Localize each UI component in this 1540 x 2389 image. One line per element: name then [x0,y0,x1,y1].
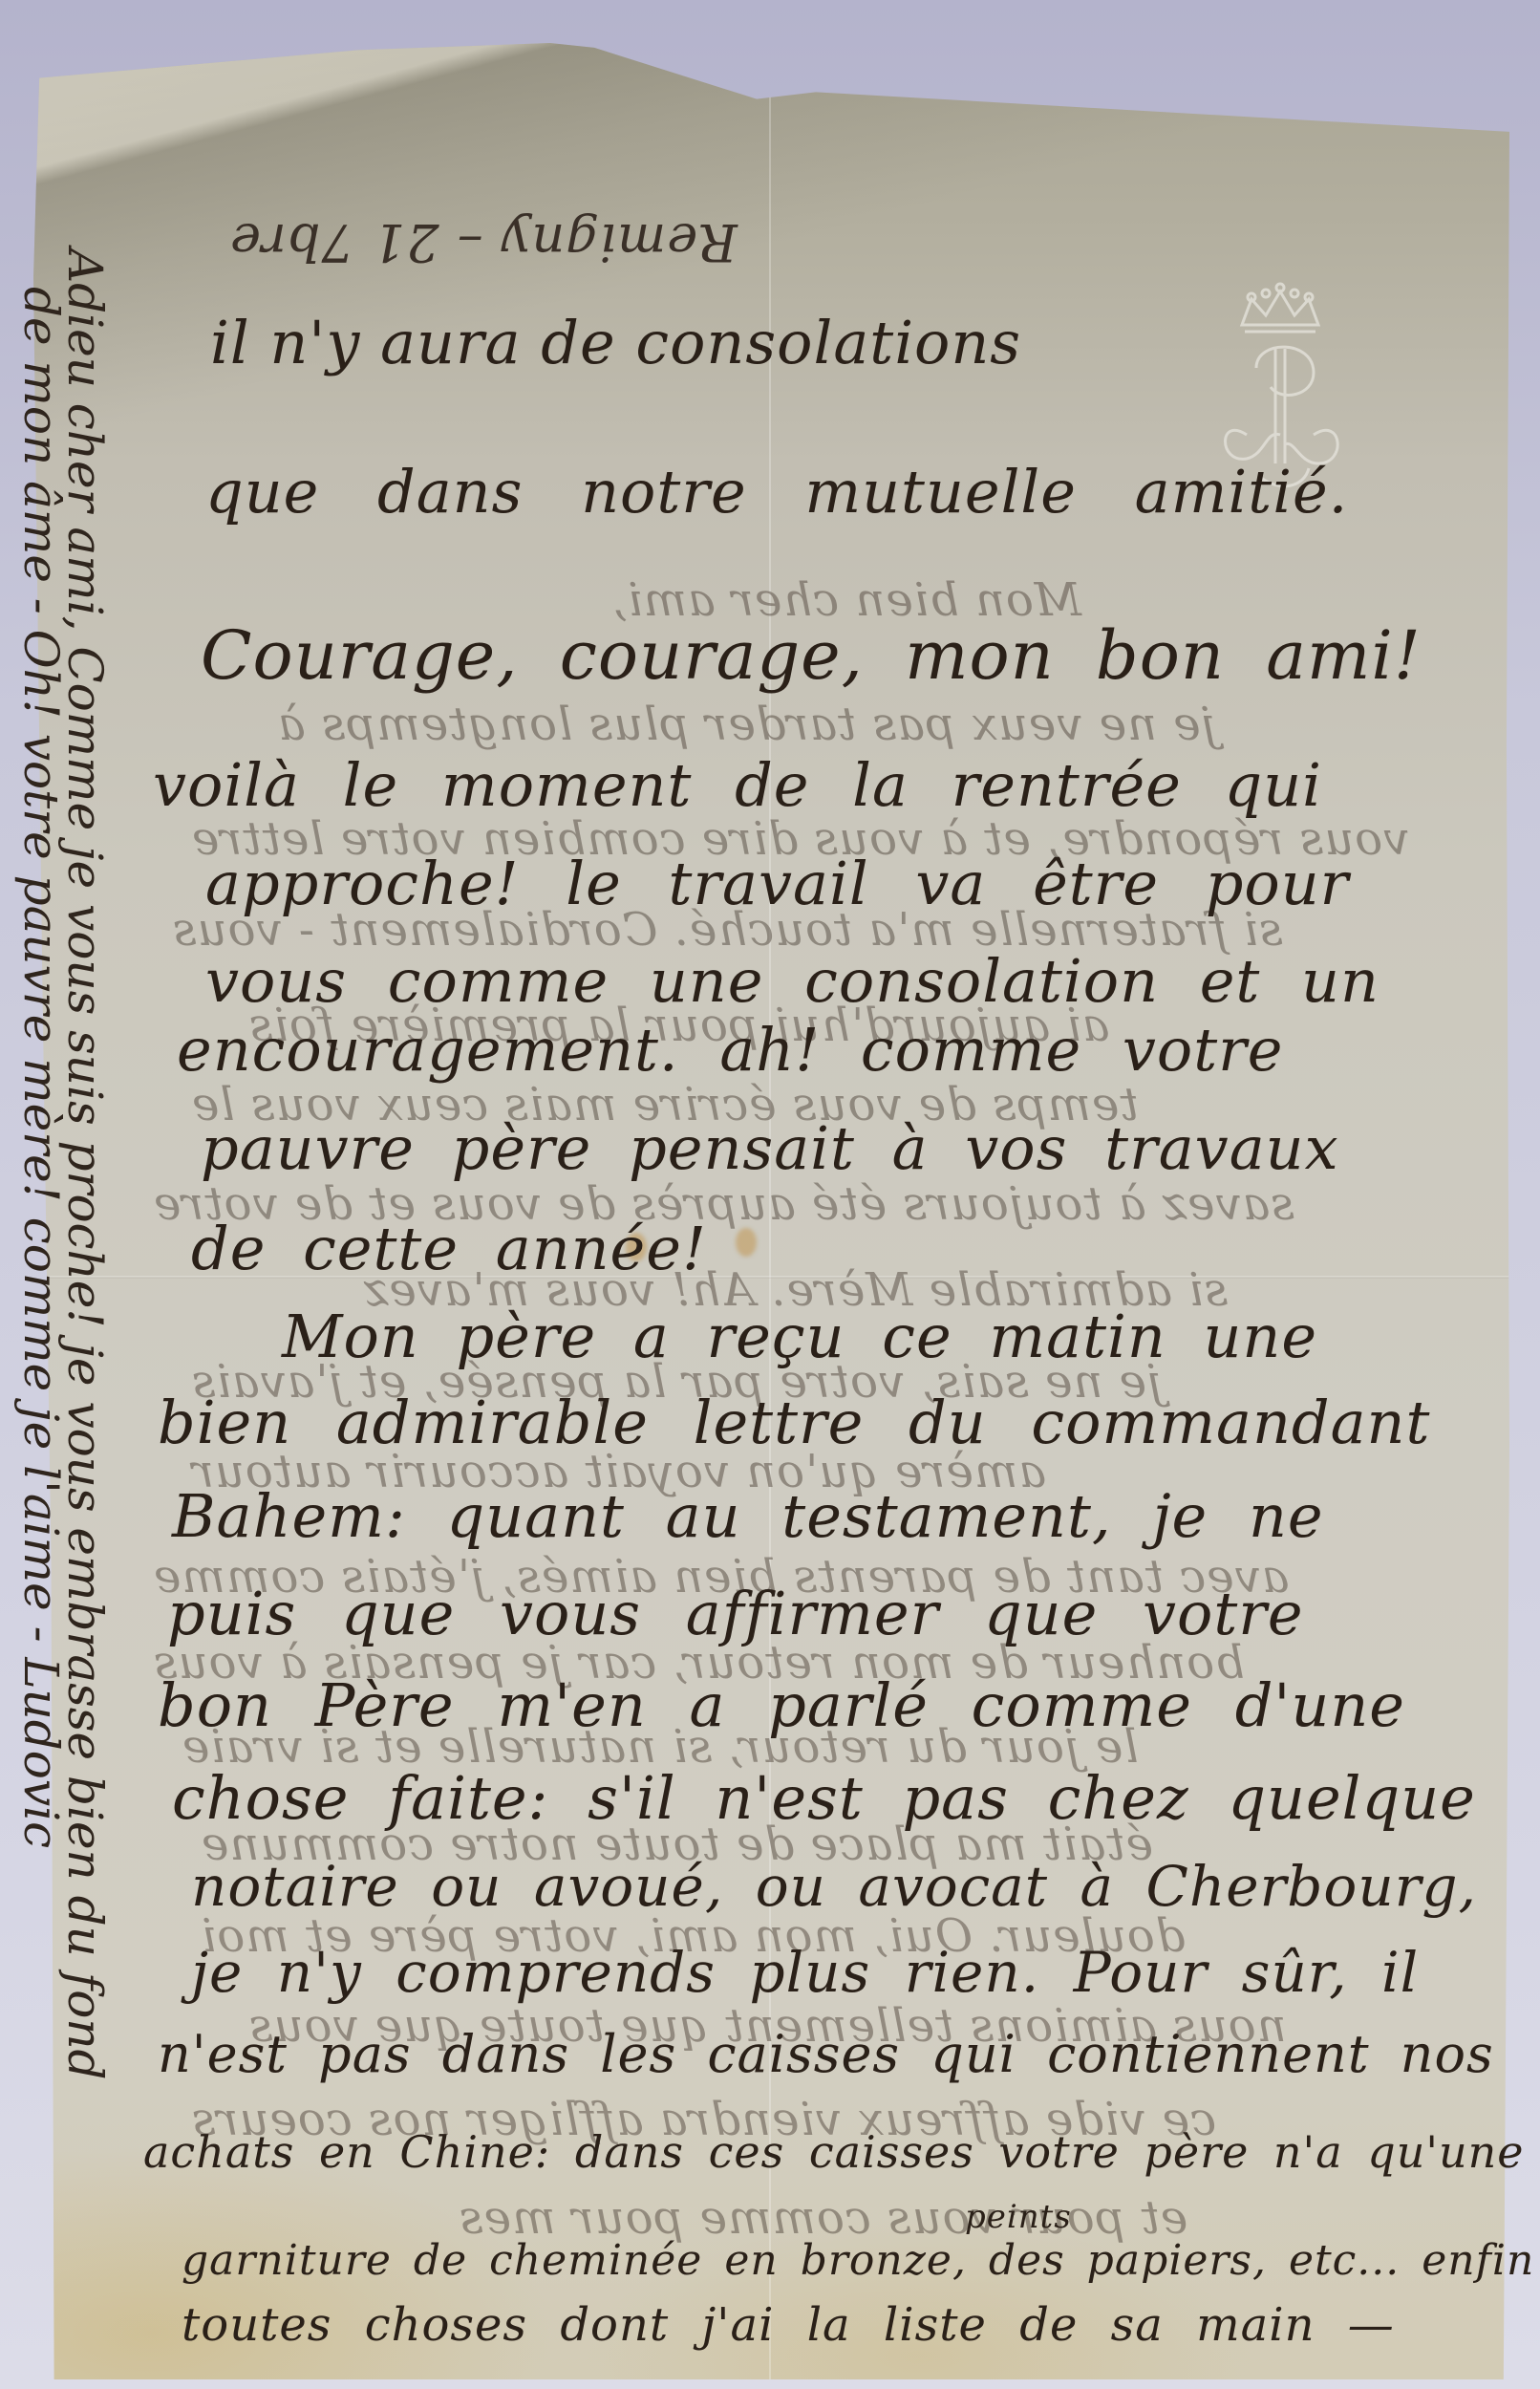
letter-line: bon Père m'en a parlé comme d'une [158,1670,1405,1740]
letter-line: encouragement. ah! comme votre [177,1015,1283,1085]
interlinear-insertion: peints [965,2198,1072,2236]
letter-line: que dans notre mutuelle amitié. [205,457,1348,527]
letter-line: bien admirable lettre du commandant [158,1388,1430,1457]
margin-note-line-2: de mon âme - Oh! votre pauvre mère! comm… [13,287,69,1848]
letter-line: je n'y comprends plus rien. Pour sûr, il [191,1940,1419,2005]
letter-line: approche! le travail va être pour [205,849,1349,918]
letter-line: pauvre père pensait à vos travaux [201,1113,1339,1183]
letter-line: chose faite: s'il n'est pas chez quelque [172,1763,1476,1833]
letter-line: puis que vous affirmer que votre [167,1579,1304,1648]
letter-line: vous comme une consolation et un [205,946,1380,1016]
letter-line: de cette année! [191,1214,707,1283]
bleed-through-line: je ne veux pas tarder plus longtemps à [277,698,1216,751]
letter-line: n'est pas dans les caisses qui contienne… [158,2024,1494,2084]
letter-line: voilà le moment de la rentrée qui [153,750,1322,820]
foxing-stain [736,1228,757,1257]
letter-line: achats en Chine: dans ces caisses votre … [143,2126,1524,2178]
letter-line: il n'y aura de consolations [210,308,1021,377]
letter-line: Mon père a reçu ce matin une [282,1302,1317,1371]
letter-line: notaire ou avoué, ou avocat à Cherbourg, [191,1854,1477,1919]
letter-line: garniture de cheminée en bronze, des pap… [182,2236,1534,2285]
letter-line: Courage, courage, mon bon ami! [201,616,1422,695]
date-line: Remigny – 21 7bre [229,212,738,272]
letter-line: toutes choses dont j'ai la liste de sa m… [182,2298,1395,2352]
letter-line: Bahem: quant au testament, je ne [172,1481,1324,1551]
